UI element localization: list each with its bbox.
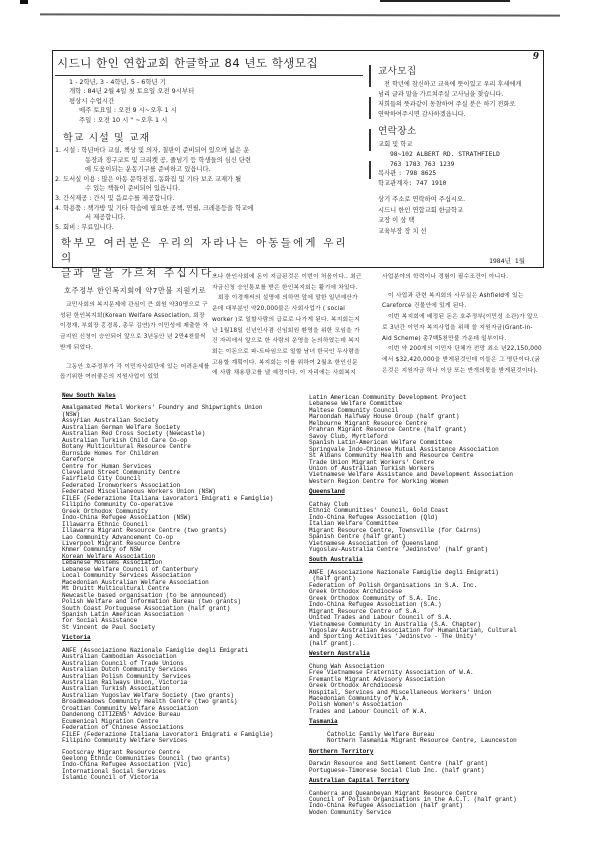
facility-item: 4. 학용품 : 책가방 및 기타 학습에 필요한 공책, 연필, 크레용등을 … [55, 204, 355, 223]
schedule-line: 매주 토요일 : 오전 9 시~오후 1 시 [69, 106, 355, 115]
text-line: 연락하여주시면 감사하겠읍니다. [378, 110, 538, 120]
facility-line: 수 있는 책들이 준비되어 있읍니다. [55, 184, 355, 194]
ad-date: 1984년 1월 [489, 256, 525, 265]
ad-line: 평상시 수업시간 [69, 97, 355, 106]
facility-item: 2. 도서실 이용 : 많은 아동 문학전집, 동화집 및 기타 보조 교재가 … [55, 175, 355, 194]
grant-recipients-right: Latin American Community Development Pro… [309, 395, 517, 816]
region-heading: Tasmania [309, 719, 517, 725]
address: 98~102 ALBERT RD. STRATHFIELD [378, 150, 538, 160]
facility-line: 4. 학용품 : 책가방 및 기타 학습에 필요한 공책, 연필, 크레용등을 … [55, 204, 355, 214]
facility-line: 서 제공합니다. [55, 213, 355, 223]
signoff: 상기 주소로 연락하여 주십시오. 시드니 한인 연합교회 한글학교 교장 이 … [378, 195, 538, 237]
facility-item: 1. 시설 : 학년마다 교실, 책상 및 의자, 칠판이 준비되어 있으며 넓… [55, 146, 355, 175]
facility-item: 5. 회비 : 무료입니다. [55, 223, 355, 233]
contact-heading: 연락장소 [378, 123, 538, 137]
region-heading: Victoria [62, 635, 273, 641]
organisation-item: Amalgamated Metal Workers' Foundry and S… [62, 405, 273, 411]
pastor-phone: : 798 8625 [398, 170, 436, 177]
facility-line: 동장과 정구코트 및 크리켓 공, 줄넘기 등 학생들의 심신 단련 [55, 156, 355, 166]
teachers-text: 전 학년에 참신하고 교육에 뜻이있고 우리 후세에게 넘리 글과 말을 가르쳐… [378, 80, 538, 120]
organisation-item: Islamic Council of Victoria [62, 775, 273, 781]
contact-label: 교회 및 학교 [378, 140, 538, 150]
phone-numbers: 763 1783 763 1239 [378, 160, 538, 170]
article-paragraph: 사업분야의 학력이나 경험이 필수조건이 아니다. [382, 272, 542, 283]
organisation-item: St Vincent de Paul Society [62, 625, 273, 631]
admin-label: 학교관계자 [378, 180, 408, 187]
appeal-line: 학부모 여러분은 우리의 자라나는 아동들에게 우리의 [61, 236, 355, 266]
article-paragraph: 으나 한인사회에 돈이 지급된것은 이번이 처음이다.. 최근자금신청 승인통보… [212, 272, 362, 293]
ad-line: 개학 : 84년 2월 4일 첫 토요일 오전 9시부터 [69, 87, 355, 96]
text-line: 전 학년에 참신하고 교육에 뜻이있고 우리 후세에게 [378, 80, 538, 90]
region-heading: New South Wales [62, 393, 273, 399]
region-heading: Western Australia [309, 651, 517, 657]
facilities-list: 1. 시설 : 학년마다 교실, 책상 및 의자, 칠판이 준비되어 있으며 넓… [55, 146, 355, 232]
region-heading: Northern Territory [309, 749, 517, 755]
education-director: 교육부장 장 치 선 [378, 227, 538, 238]
school-recruitment-ad: 9 시드니 한인 연합교회 한글학교 84 년도 학생모집 1 - 2학년, 3… [52, 50, 544, 268]
facility-line: 3. 간식제공 : 간식 및 음료수를 제공합니다. [55, 194, 355, 204]
region-heading: Australian Capital Territory [309, 778, 517, 784]
text-line: 넘리 글과 말을 가르쳐주실 고사님을 찾습니다. [378, 90, 538, 100]
grant-recipients-left: New South WalesAmalgamated Metal Workers… [62, 393, 273, 782]
principal: 교장 이 상 택 [378, 216, 538, 227]
organisation-item: Portuguese-Timorese Social Club Inc. (ha… [309, 768, 517, 774]
article-column-2: 으나 한인사회에 돈이 지급된것은 이번이 처음이다.. 최근자금신청 승인통보… [212, 272, 362, 379]
article-column-1: 교민사회의 복지문제에 관심이 큰 회원 약30명으로 구성된 한인복지회(Ko… [60, 300, 210, 383]
article-column-3: 사업분야의 학력이나 경험이 필수조건이 아니다. 이 사업과 관련 복지회의 … [382, 272, 542, 376]
ad-left-column: 시드니 한인 연합교회 한글학교 84 년도 학생모집 1 - 2학년, 3 -… [55, 53, 355, 281]
organisation-item: Northern Tasmania Migrant Resource Centr… [309, 738, 517, 744]
region-heading: Queensland [309, 489, 517, 495]
school-name: 시드니 한인 연합교회 한글학교 [378, 206, 538, 217]
page-edge-line [40, 13, 560, 16]
article-paragraph: 이 사업과 관련 복지회의 사무실은 Ashfield에 있는 Careforc… [382, 291, 542, 312]
signoff-line: 상기 주소로 연락하여 주십시오. [378, 195, 538, 206]
facility-item: 3. 간식제공 : 간식 및 음료수를 제공합니다. [55, 194, 355, 204]
facility-line: 1. 시설 : 학년마다 교실, 책상 및 의자, 칠판이 준비되어 있으며 넓… [55, 146, 355, 156]
admin-phone: : 747 1910 [408, 180, 446, 187]
contact-info: 교회 및 학교 98~102 ALBERT RD. STRATHFIELD 76… [378, 140, 538, 189]
scan-artifact [20, 0, 28, 4]
article-paragraph: 이번 약 200개의 이민자 단체가 전망 최소 년22,150,000에서 $… [382, 344, 542, 376]
ad-right-column: 교사모집 전 학년에 참신하고 교육에 뜻이있고 우리 후세에게 넘리 글과 말… [378, 63, 538, 237]
ad-title: 시드니 한인 연합교회 한글학교 84 년도 학생모집 [55, 53, 363, 76]
facility-line: 2. 도서실 이용 : 많은 아동 문학전집, 동화집 및 기타 보조 교재가 … [55, 175, 355, 185]
facilities-heading: 학교 시설 및 교재 [63, 129, 355, 144]
organisation-item: Trades and Labour Council of W.A. [309, 709, 517, 715]
organisation-item: Western Region Centre for Working Women [309, 479, 517, 485]
ad-info: 1 - 2학년, 3 - 4학년, 5 - 6학년 기 개학 : 84년 2월 … [55, 78, 355, 125]
article-headline: 호주정부 한인복지회에 약7만불 지원키로 [64, 286, 206, 296]
teachers-heading: 교사모집 [378, 63, 538, 77]
article-paragraph: 회장 이경재씨의 설명에 의하면 앞에 말한 일년예산가운데 대부분인 약20,… [212, 293, 362, 379]
page-number: 9 [533, 52, 539, 62]
region-heading: South Australia [309, 557, 517, 563]
facility-line: 에 도움이되는 운동기구를 준비하고 있읍니다. [55, 165, 355, 175]
article-paragraph: 그동안 호주정부가 각 이민자사회단에 있는 어려운세를 돕기위한 여러좋은의 … [60, 362, 210, 383]
text-line: 저희들의 뜻과같이 동참하여 주실 분은 하기 전화로 [378, 100, 538, 110]
organisation-item: (half grant). [309, 641, 517, 647]
scan-artifact [380, 0, 510, 2]
column-divider [369, 65, 371, 179]
facility-line: 5. 회비 : 무료입니다. [55, 223, 355, 233]
article-paragraph: 이번 복지회에 배정된 돈은 호주정부(이민성 소관)가 앞으로 3년간 이민자… [382, 312, 542, 344]
ad-line: 1 - 2학년, 3 - 4학년, 5 - 6학년 기 [69, 78, 355, 87]
organisation-item: Woden Community Service [309, 810, 517, 816]
schedule-line: 주일 : 오전 10 시 " ~오후 1 시 [69, 116, 355, 125]
article-paragraph: 교민사회의 복지문제에 관심이 큰 회원 약30명으로 구성된 한인복지회(Ko… [60, 300, 210, 354]
organisation-item: Yugoslav-Australia Centre 'Jedinstvo' (h… [309, 547, 517, 553]
pastor-label: 목사관 [378, 170, 396, 177]
